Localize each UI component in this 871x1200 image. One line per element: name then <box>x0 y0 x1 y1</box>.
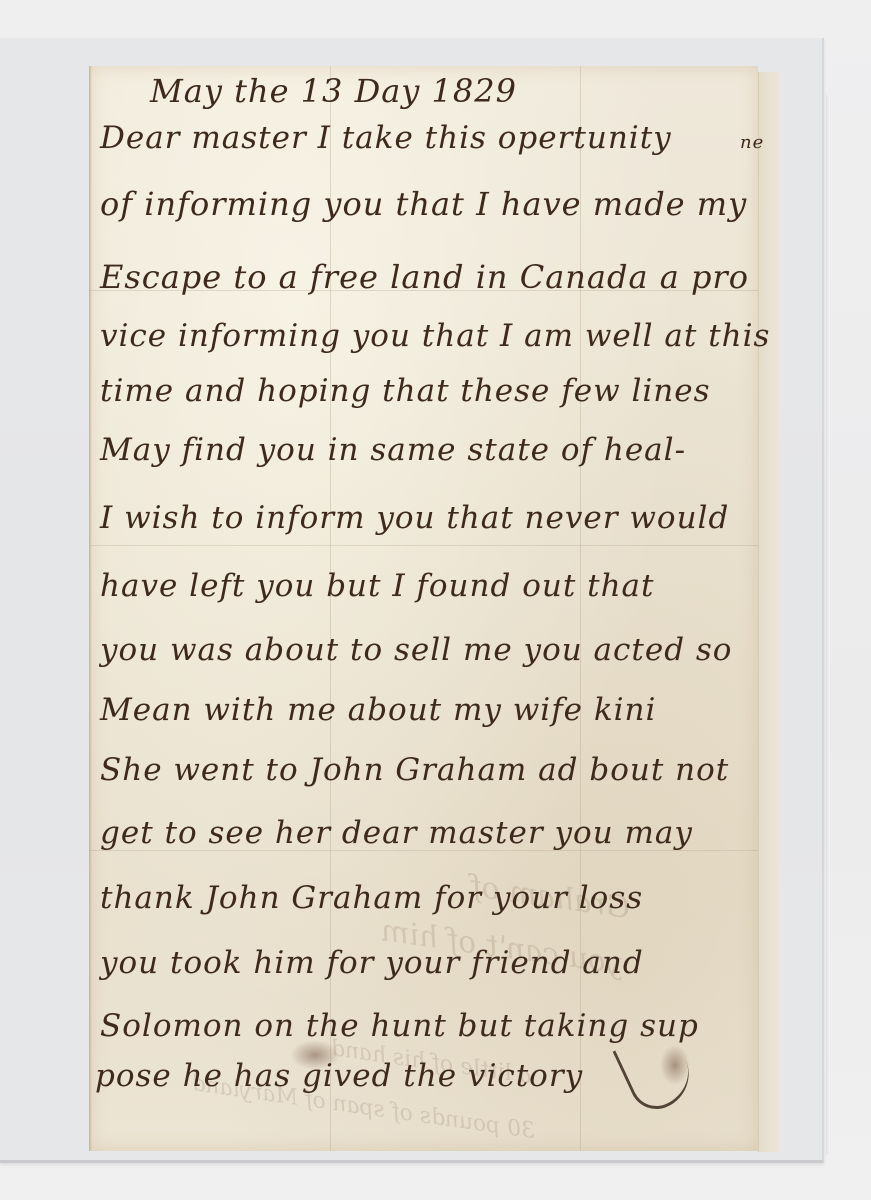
letter-line-6: May find you in same state of heal- <box>100 432 686 468</box>
letter-line-13: thank John Graham for your loss <box>100 880 643 916</box>
fold-crease-vertical <box>330 66 331 1151</box>
letter-line-3: Escape to a free land in Canada a pro <box>100 258 749 296</box>
letter-line-12: get to see her dear master you may <box>100 815 693 851</box>
letter-line-10: Mean with me about my wife kini <box>100 692 656 728</box>
letter-line-1: Dear master I take this opertunity <box>100 120 672 156</box>
letter-line-4: vice informing you that I am well at thi… <box>100 318 770 354</box>
letter-line-2: of informing you that I have made my <box>100 185 747 223</box>
letter-line-14: you took him for your friend and <box>100 945 644 981</box>
letter-paper <box>89 66 758 1151</box>
letter-date-line: May the 13 Day 1829 <box>150 72 517 110</box>
letter-line-9: you was about to sell me you acted so <box>100 632 732 668</box>
paper-left-edge <box>89 66 92 1151</box>
paper-fold-flap <box>758 72 779 1152</box>
margin-fragment: ne <box>740 132 764 153</box>
letter-line-5: time and hoping that these few lines <box>100 373 711 409</box>
letter-line-15: Solomon on the hunt but taking sup <box>100 1008 699 1044</box>
sleeve-edge <box>826 95 830 1155</box>
fold-crease-horizontal <box>89 545 758 546</box>
letter-line-7: I wish to inform you that never would <box>100 500 729 536</box>
fold-crease-vertical <box>580 66 581 1151</box>
letter-line-8: have left you but I found out that <box>100 568 655 604</box>
letter-line-16: pose he has gived the victory <box>95 1058 583 1094</box>
letter-line-11: She went to John Graham ad bout not <box>100 752 729 788</box>
